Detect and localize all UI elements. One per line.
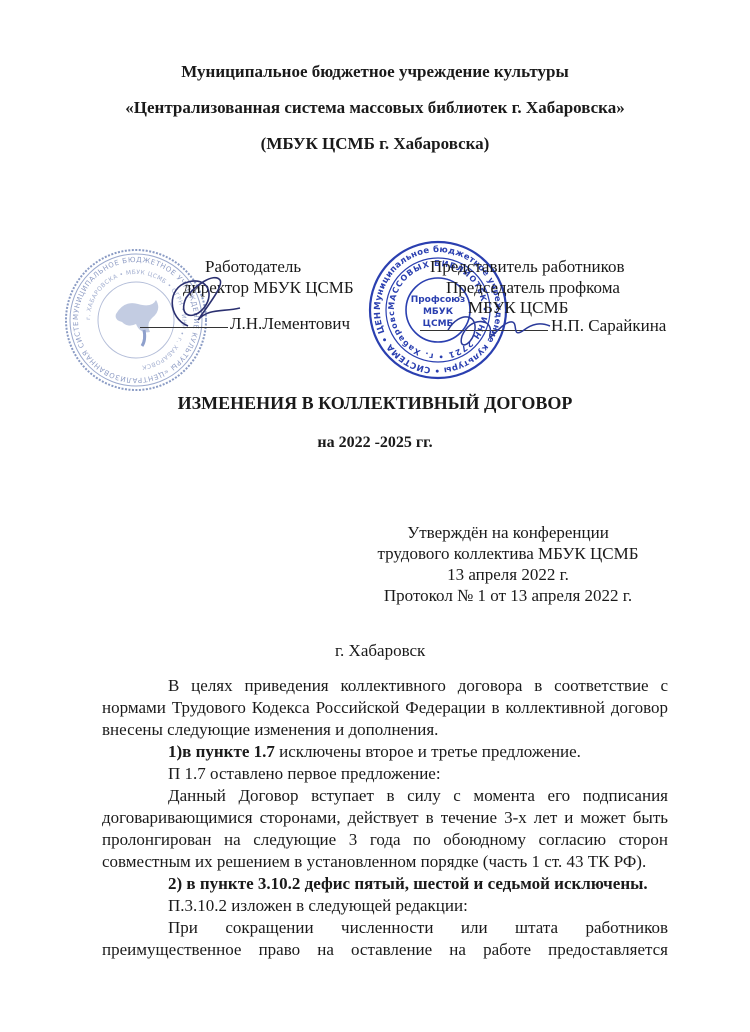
item-1-text: Данный Договор вступает в силу с момента…: [102, 785, 668, 873]
item-1-rest: исключены второе и третье предложение.: [275, 742, 581, 761]
employer-name: Л.Н.Лементович: [230, 313, 350, 334]
item-1-note: П 1.7 оставлено первое предложение:: [168, 763, 441, 785]
employees-role: Представитель работников: [430, 256, 625, 277]
item-2-note: П.3.10.2 изложен в следующей редакции:: [168, 895, 468, 917]
intro-paragraph: В целях приведения коллективного договор…: [102, 675, 668, 741]
document-period: на 2022 -2025 гг.: [0, 434, 750, 452]
employees-name: Н.П. Сарайкина: [551, 315, 666, 336]
approval-line1: Утверждён на конференции: [358, 522, 658, 543]
employees-position: Председатель профкома: [446, 277, 620, 298]
item-2-text: При сокращении численности или штата раб…: [102, 917, 668, 961]
item-1-heading: 1)в пункте 1.7 исключены второе и третье…: [168, 741, 581, 763]
approval-line3: 13 апреля 2022 г.: [358, 564, 658, 585]
city: г. Хабаровск: [335, 641, 425, 661]
document-title: ИЗМЕНЕНИЯ В КОЛЛЕКТИВНЫЙ ДОГОВОР: [0, 393, 750, 414]
org-header-line2: «Централизованная система массовых библи…: [0, 98, 750, 118]
approval-block: Утверждён на конференции трудового колле…: [358, 522, 658, 606]
item-1-bold: 1)в пункте 1.7: [168, 742, 275, 761]
org-header-line3: (МБУК ЦСМБ г. Хабаровска): [0, 134, 750, 154]
item-2-heading: 2) в пункте 3.10.2 дефис пятый, шестой и…: [168, 873, 648, 895]
approval-line4: Протокол № 1 от 13 апреля 2022 г.: [358, 585, 658, 606]
employees-signature-scribble: [440, 300, 560, 365]
approval-line2: трудового коллектива МБУК ЦСМБ: [358, 543, 658, 564]
org-header-line1: Муниципальное бюджетное учреждение культ…: [0, 62, 750, 82]
employer-signature-scribble: [148, 268, 248, 343]
